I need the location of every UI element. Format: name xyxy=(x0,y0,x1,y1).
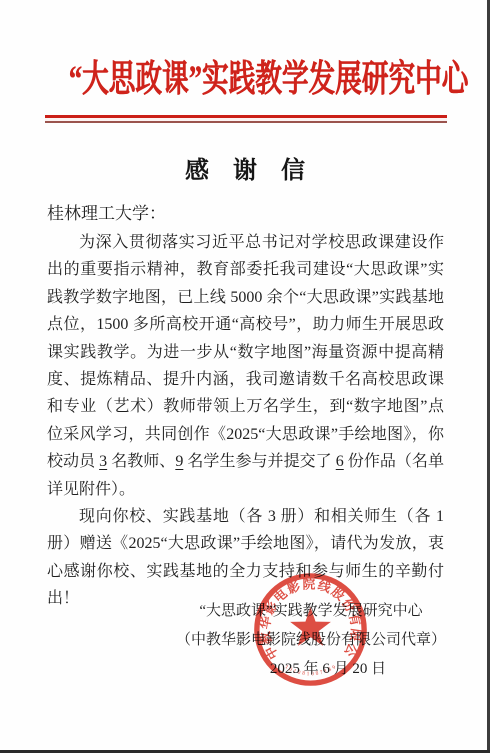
seal-star-icon xyxy=(290,607,331,646)
letterhead-org-name: “大思政课”实践教学发展研究中心 xyxy=(69,48,422,102)
letterhead-rule xyxy=(45,115,447,123)
letter-page: “大思政课”实践教学发展研究中心 感 谢 信 桂林理工大学： 为深入贯彻落实习近… xyxy=(0,0,490,753)
salutation: 桂林理工大学： xyxy=(47,199,166,224)
letter-body: 为深入贯彻落实习近平总书记对学校思政课建设作出的重要指示精神，教育部委托我司建设… xyxy=(47,229,444,613)
seal-serial-number: 101081087139 xyxy=(284,663,339,677)
paragraph-1: 为深入贯彻落实习近平总书记对学校思政课建设作出的重要指示精神，教育部委托我司建设… xyxy=(47,229,444,503)
paragraph-1-text-b: 名教师、 xyxy=(107,453,175,470)
teacher-count-underlined: 3 xyxy=(99,453,107,470)
works-count-underlined: 6 xyxy=(336,453,344,470)
paragraph-1-text-c: 名学生参与并提交了 xyxy=(183,453,335,470)
paragraph-1-text-a: 为深入贯彻落实习近平总书记对学校思政课建设作出的重要指示精神，教育部委托我司建设… xyxy=(47,234,444,470)
official-seal: 中教华影电影院线股份有限公司 101081087139 xyxy=(252,571,369,688)
letter-title: 感 谢 信 xyxy=(0,150,490,185)
